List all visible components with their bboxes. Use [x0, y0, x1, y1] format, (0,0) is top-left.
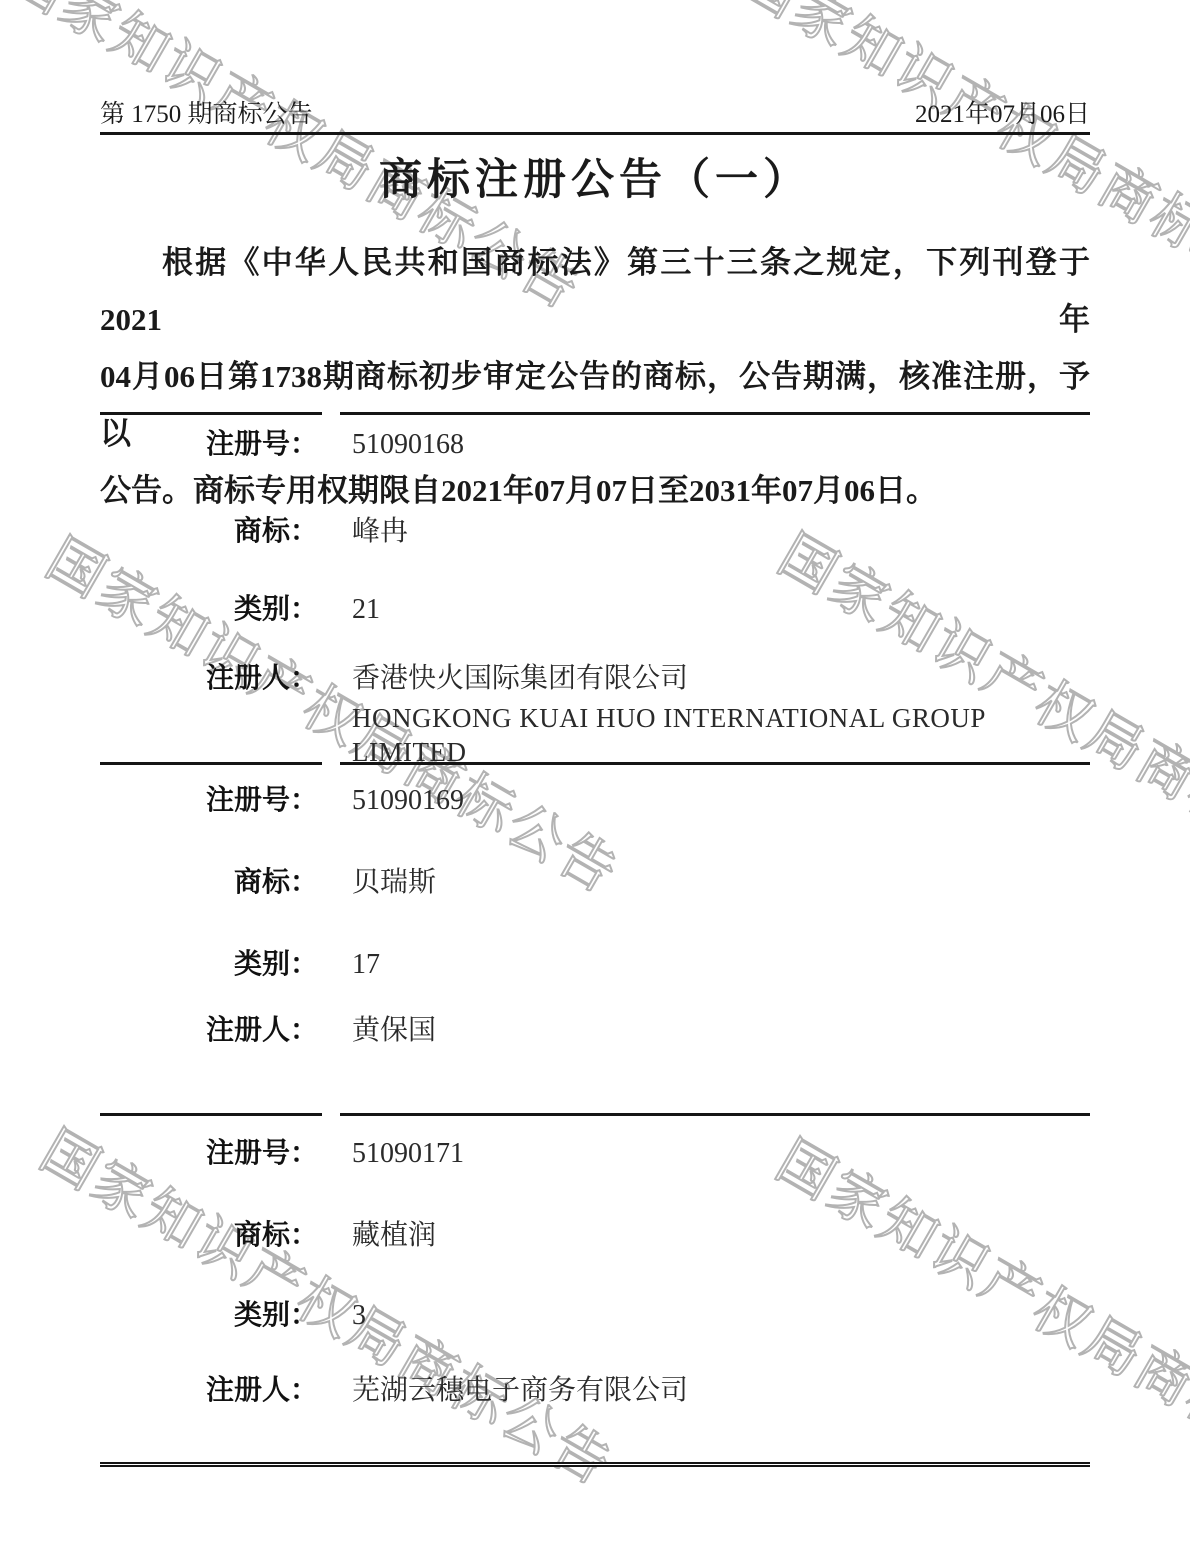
reg-no-label: 注册号： [100, 428, 318, 462]
class-row: 类别： 21 [100, 593, 1090, 629]
class-row: 类别： 3 [100, 1299, 1090, 1335]
class-label: 类别： [100, 1299, 318, 1333]
reg-no-label: 注册号： [100, 784, 318, 818]
entry-separator [100, 762, 1090, 765]
header-issue: 第 1750 期商标公告 [100, 94, 313, 130]
class-value: 17 [352, 948, 380, 982]
registrant-value: 芜湖云穗电子商务有限公司 [352, 1374, 688, 1408]
trademark-label: 商标： [100, 515, 318, 549]
trademark-value: 峰冉 [352, 515, 408, 549]
entry-separator [100, 412, 1090, 415]
registrant-en-row: HONGKONG KUAI HUO INTERNATIONAL GROUP LI… [100, 701, 1090, 737]
class-label: 类别： [100, 593, 318, 627]
reg-no-value: 51090168 [352, 428, 464, 462]
registrant-label: 注册人： [100, 1374, 318, 1408]
registrant-label: 注册人： [100, 662, 318, 696]
intro-paragraph: 根据《中华人民共和国商标法》第三十三条之规定，下列刊登于2021年 04月06日… [100, 234, 1090, 519]
bottom-rule [100, 1462, 1090, 1467]
registrant-label: 注册人： [100, 1014, 318, 1048]
header-rule [100, 132, 1090, 135]
registrant-value: 香港快火国际集团有限公司 [352, 662, 688, 696]
class-row: 类别： 17 [100, 948, 1090, 984]
class-value: 3 [352, 1299, 366, 1333]
intro-line: 根据《中华人民共和国商标法》第三十三条之规定，下列刊登于2021年 [100, 234, 1090, 348]
trademark-value: 贝瑞斯 [352, 866, 436, 900]
header-date: 2021年07月06日 [915, 94, 1090, 130]
class-value: 21 [352, 593, 380, 627]
entry-separator [100, 1113, 1090, 1116]
registrant-row: 注册人： 香港快火国际集团有限公司 [100, 662, 1090, 698]
intro-line: 公告。商标专用权期限自2021年07月07日至2031年07月06日。 [100, 462, 1090, 519]
reg-no-value: 51090169 [352, 784, 464, 818]
trademark-label: 商标： [100, 866, 318, 900]
reg-no-label: 注册号： [100, 1137, 318, 1171]
document-content: 第 1750 期商标公告 2021年07月06日 商标注册公告（一） 根据《中华… [0, 0, 1190, 1564]
document-page: 国家知识产权局商标公告 国家知识产权局商标公告 国家知识产权局商标公告 国家知识… [0, 0, 1190, 1564]
reg-no-row: 注册号： 51090171 [100, 1137, 1090, 1173]
registrant-row: 注册人： 黄保国 [100, 1014, 1090, 1050]
registrant-value: 黄保国 [352, 1014, 436, 1048]
registrant-en-value: HONGKONG KUAI HUO INTERNATIONAL GROUP LI… [352, 701, 1090, 769]
trademark-value: 藏植润 [352, 1219, 436, 1253]
reg-no-row: 注册号： 51090168 [100, 428, 1090, 464]
trademark-row: 商标： 藏植润 [100, 1219, 1090, 1255]
page-title: 商标注册公告（一） [100, 146, 1090, 207]
reg-no-row: 注册号： 51090169 [100, 784, 1090, 820]
registrant-row: 注册人： 芜湖云穗电子商务有限公司 [100, 1374, 1090, 1410]
reg-no-value: 51090171 [352, 1137, 464, 1171]
trademark-row: 商标： 峰冉 [100, 515, 1090, 551]
trademark-row: 商标： 贝瑞斯 [100, 866, 1090, 902]
class-label: 类别： [100, 948, 318, 982]
trademark-label: 商标： [100, 1219, 318, 1253]
